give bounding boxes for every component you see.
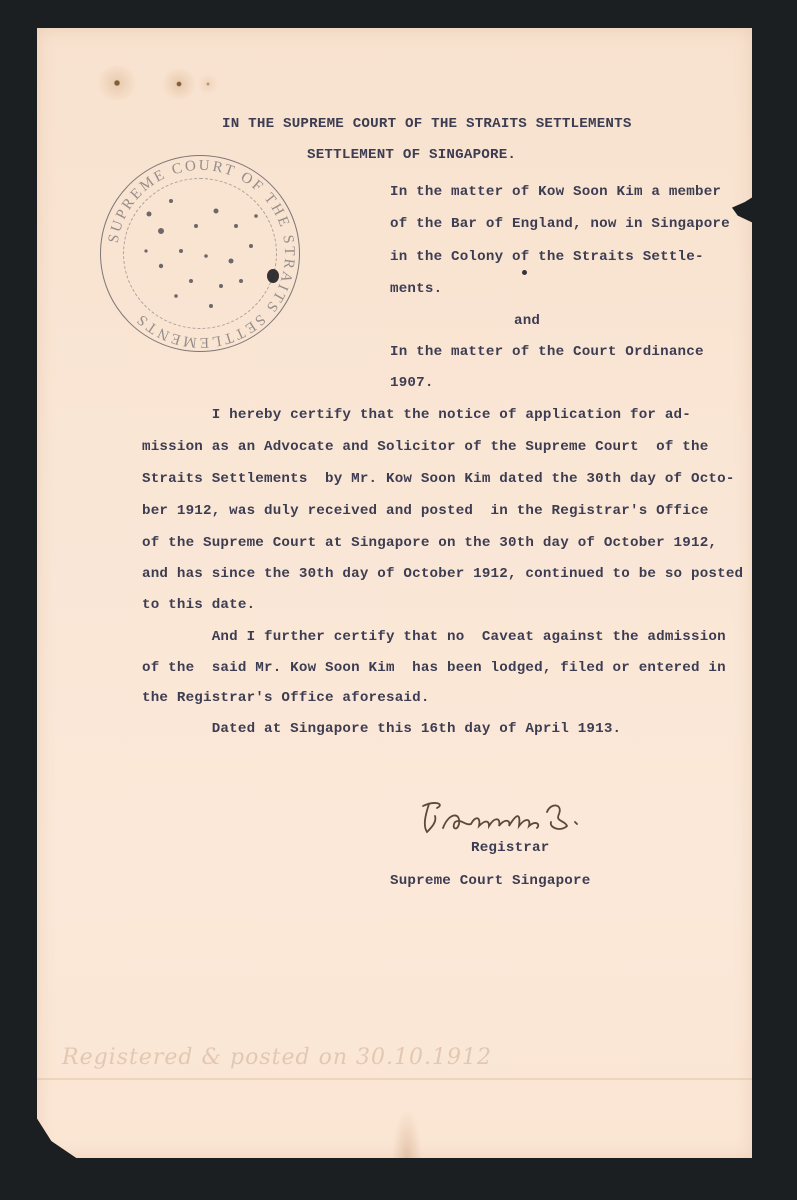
ink-stain xyxy=(162,68,196,100)
matter2-line-1: In the matter of the Court Ordinance xyxy=(390,345,704,359)
conjunction-and: and xyxy=(514,314,540,328)
registrar-title: Registrar xyxy=(471,841,549,855)
matter-line-3: in the Colony of the Straits Settle- xyxy=(390,250,704,264)
fold-crease xyxy=(37,1078,752,1080)
registrar-office: Supreme Court Singapore xyxy=(390,874,590,888)
settlement-heading: SETTLEMENT OF SINGAPORE. xyxy=(307,148,516,162)
paragraph1-line-6: and has since the 30th day of October 19… xyxy=(142,567,743,581)
signature-icon xyxy=(415,798,605,840)
court-heading: IN THE SUPREME COURT OF THE STRAITS SETT… xyxy=(222,117,632,131)
paragraph2-line-3: the Registrar's Office aforesaid. xyxy=(142,691,430,705)
matter2-line-2: 1907. xyxy=(390,376,434,390)
faint-handwritten-note: Registered & posted on 30.10.1912 xyxy=(62,1045,492,1070)
svg-text:SUPREME COURT OF THE STRAITS S: SUPREME COURT OF THE STRAITS SETTLEMENTS xyxy=(106,158,297,350)
paragraph1-line-7: to this date. xyxy=(142,598,255,612)
paragraph1-line-1: I hereby certify that the notice of appl… xyxy=(142,408,691,422)
registrar-signature xyxy=(415,798,605,845)
matter-line-2: of the Bar of England, now in Singapore xyxy=(390,217,730,231)
matter-line-1: In the matter of Kow Soon Kim a member xyxy=(390,185,721,199)
paragraph1-line-3: Straits Settlements by Mr. Kow Soon Kim … xyxy=(142,472,735,486)
matter-line-4: ments. xyxy=(390,282,442,296)
paragraph1-line-4: ber 1912, was duly received and posted i… xyxy=(142,504,708,518)
ink-stain xyxy=(198,74,218,94)
dated-line: Dated at Singapore this 16th day of Apri… xyxy=(142,722,621,736)
court-seal: SUPREME COURT OF THE STRAITS SETTLEMENTS xyxy=(100,155,300,352)
fold-tear xyxy=(392,1108,422,1158)
ink-blot xyxy=(522,270,527,275)
ink-stain xyxy=(96,66,138,100)
paragraph1-line-5: of the Supreme Court at Singapore on the… xyxy=(142,536,717,550)
paragraph2-line-2: of the said Mr. Kow Soon Kim has been lo… xyxy=(142,661,726,675)
seal-inscription-icon: SUPREME COURT OF THE STRAITS SETTLEMENTS xyxy=(101,156,301,353)
paragraph2-line-1: And I further certify that no Caveat aga… xyxy=(142,630,726,644)
paragraph1-line-2: mission as an Advocate and Solicitor of … xyxy=(142,440,708,454)
